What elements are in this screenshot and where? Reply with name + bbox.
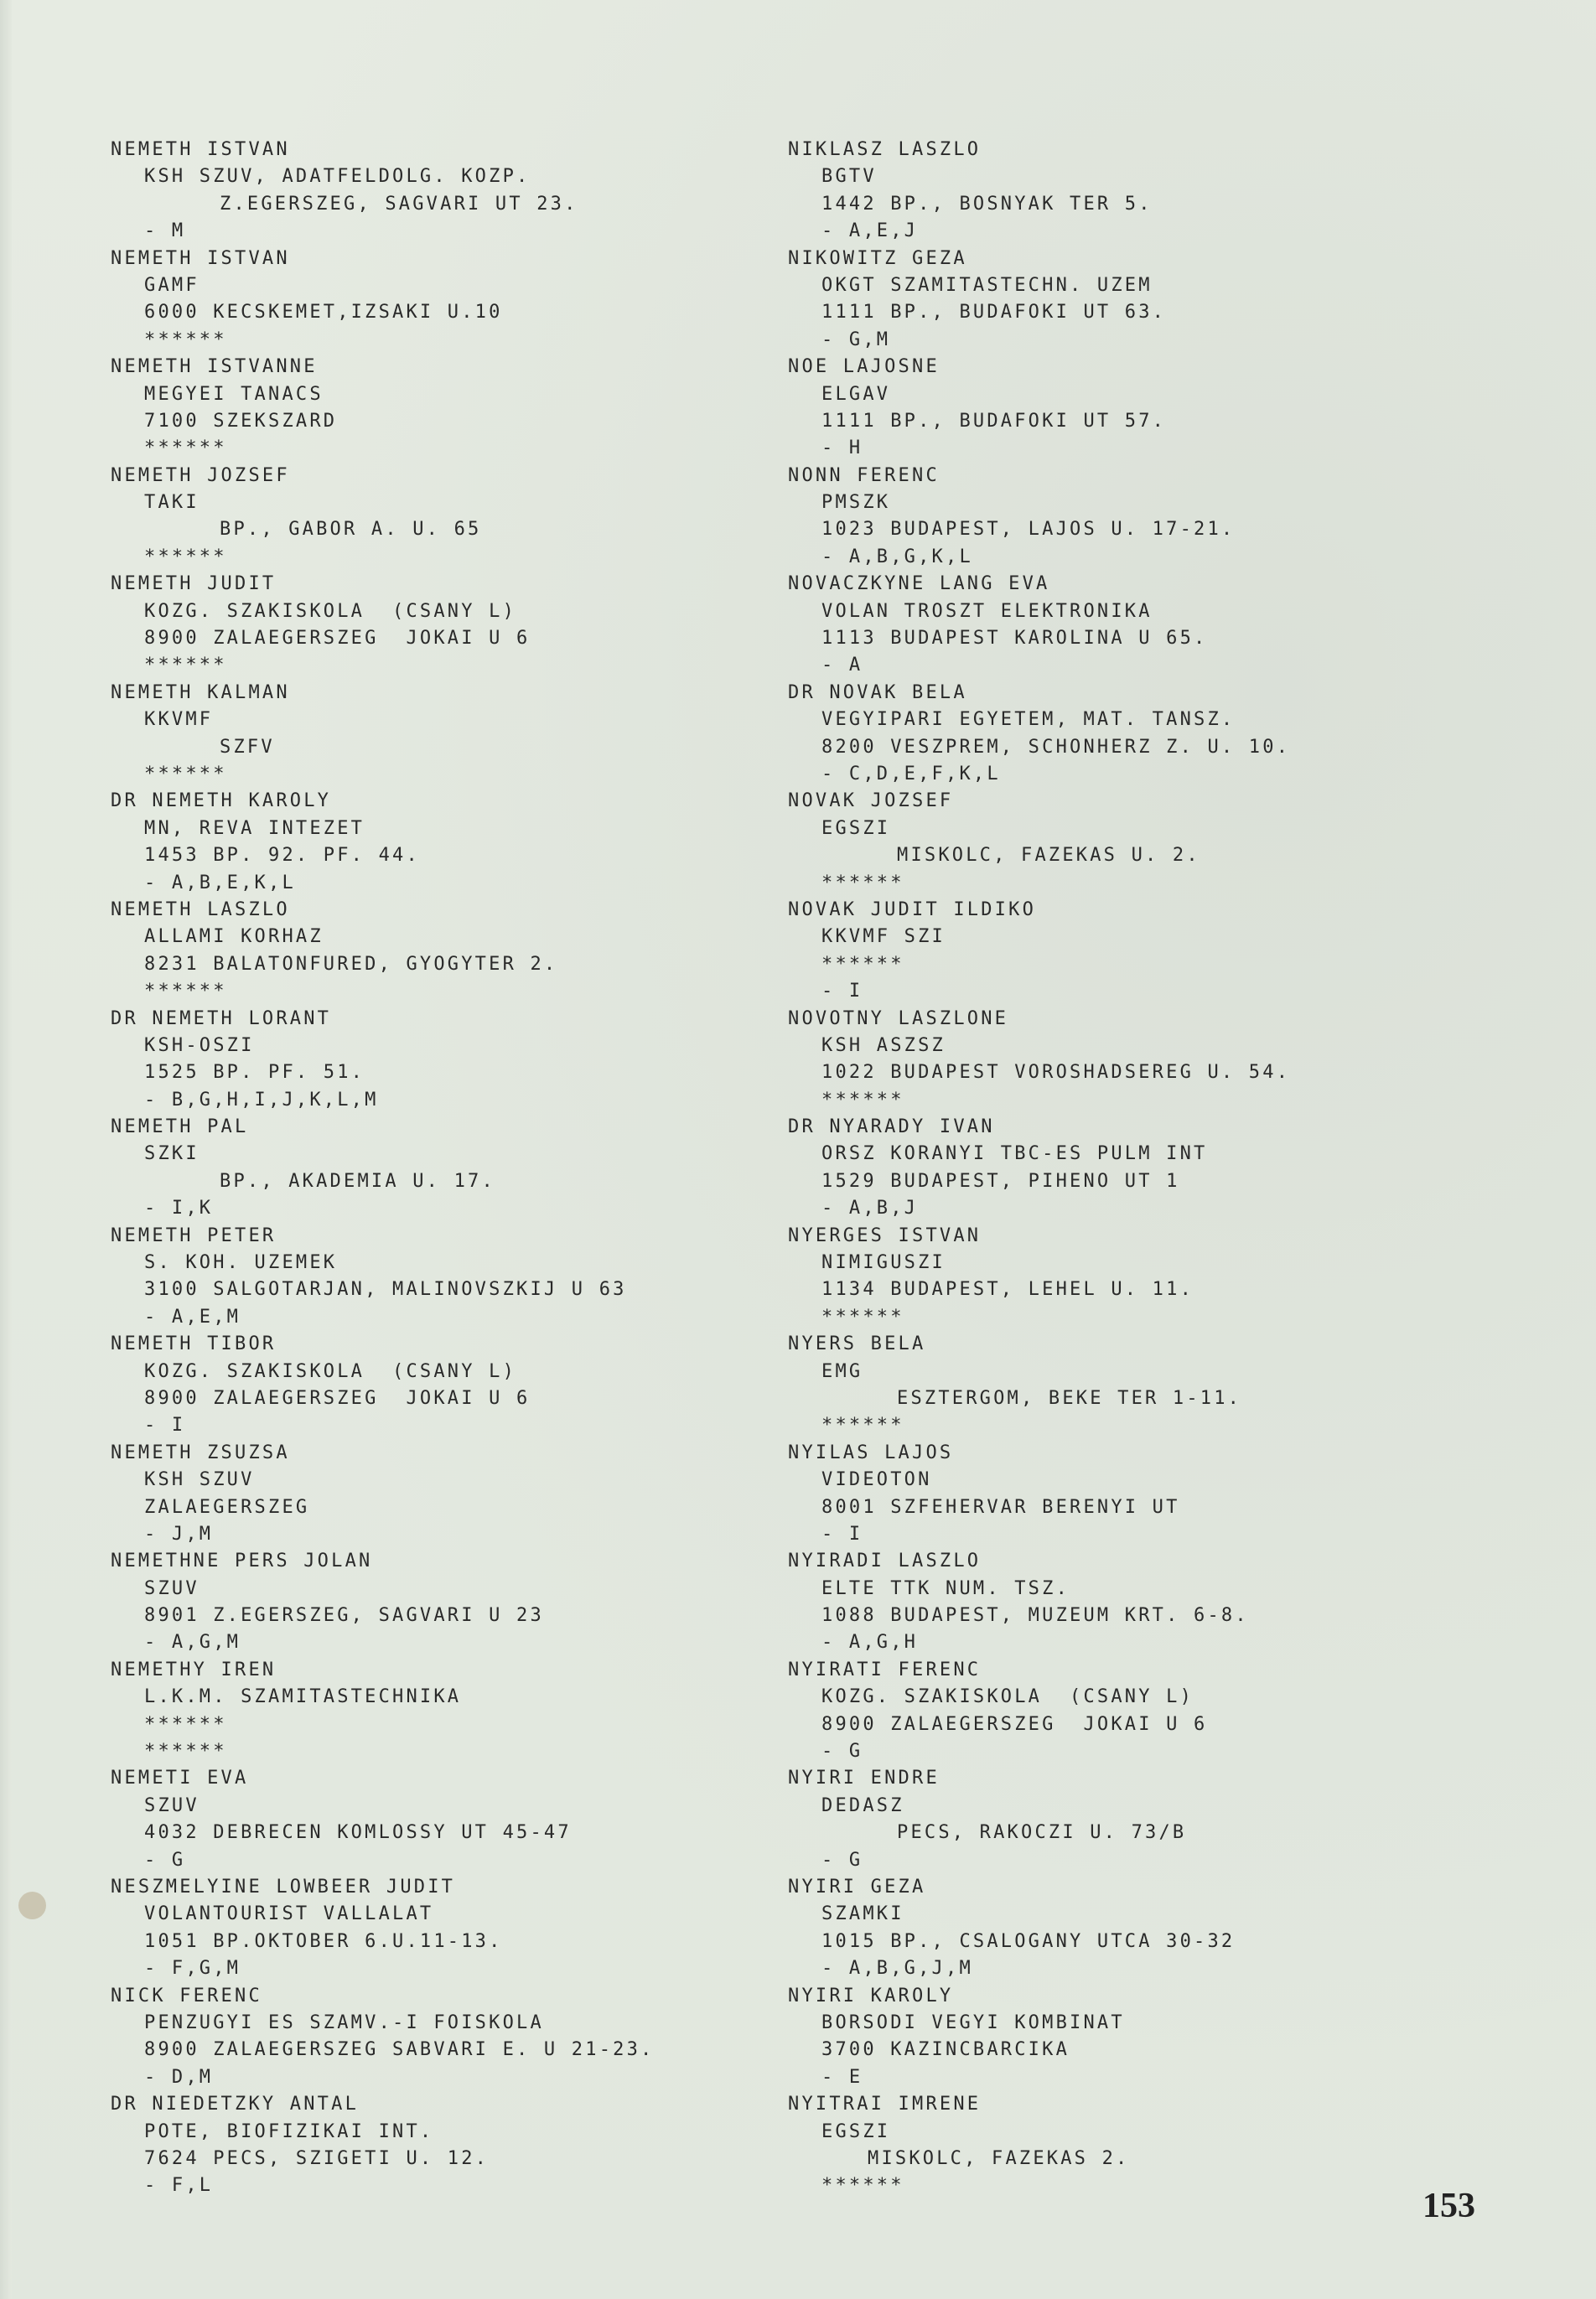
directory-entry: NEMETH LASZLOALLAMI KORHAZ8231 BALATONFU… (111, 897, 654, 1006)
entry-name: NEMETH PAL (111, 1114, 654, 1141)
entry-name: NEMETH KALMAN (111, 680, 654, 707)
entry-detail-line: KKVMF (111, 707, 654, 733)
directory-entry: NEMETH ZSUZSAKSH SZUVZALAEGERSZEG- J,M (111, 1440, 654, 1549)
entry-codes: - A,B,G,K,L (788, 544, 1290, 571)
entry-detail-line: 1111 BP., BUDAFOKI UT 57. (788, 408, 1290, 435)
entry-codes: - B,G,H,I,J,K,L,M (111, 1087, 654, 1114)
entry-name: NICK FERENC (111, 1983, 654, 2010)
entry-detail-line: 8900 ZALAEGERSZEG JOKAI U 6 (111, 625, 654, 652)
directory-entry: NEMETH PALSZKIBP., AKADEMIA U. 17.- I,K (111, 1114, 654, 1223)
entry-separator: ****** (788, 1087, 1290, 1114)
entry-codes: - A (788, 652, 1290, 679)
directory-entry: NEMETHY IRENL.K.M. SZAMITASTECHNIKA*****… (111, 1657, 654, 1766)
directory-entry: NYITRAI IMRENEEGSZIMISKOLC, FAZEKAS 2.**… (788, 2091, 1290, 2200)
entry-detail-line: 1453 BP. 92. PF. 44. (111, 842, 654, 869)
entry-name: DR NYARADY IVAN (788, 1114, 1290, 1141)
entry-codes: - G (788, 1847, 1290, 1874)
directory-entry: DR NIEDETZKY ANTALPOTE, BIOFIZIKAI INT.7… (111, 2091, 654, 2200)
entry-codes: - D,M (111, 2064, 654, 2091)
entry-name: NIKOWITZ GEZA (788, 246, 1290, 272)
entry-codes: - E (788, 2064, 1290, 2091)
entry-name: NEMETHY IREN (111, 1657, 654, 1684)
entry-detail-line: 1442 BP., BOSNYAK TER 5. (788, 191, 1290, 218)
entry-name: NOE LAJOSNE (788, 354, 1290, 381)
entry-name: NEMETH ISTVAN (111, 137, 654, 163)
entry-detail-line: 8901 Z.EGERSZEG, SAGVARI U 23 (111, 1603, 654, 1629)
entry-name: DR NOVAK BELA (788, 680, 1290, 707)
directory-entry: NEMETH ISTVANNEMEGYEI TANACS7100 SZEKSZA… (111, 354, 654, 463)
entry-detail-line: Z.EGERSZEG, SAGVARI UT 23. (111, 191, 654, 218)
entry-detail-line: DEDASZ (788, 1793, 1290, 1820)
entry-detail-line: 3700 KAZINCBARCIKA (788, 2037, 1290, 2063)
entry-name: NOVAK JUDIT ILDIKO (788, 897, 1290, 924)
directory-entry: NYIRI GEZASZAMKI1015 BP., CSALOGANY UTCA… (788, 1874, 1290, 1983)
entry-detail-line: 1111 BP., BUDAFOKI UT 63. (788, 299, 1290, 326)
directory-entry: NICK FERENCPENZUGYI ES SZAMV.-I FOISKOLA… (111, 1983, 654, 2092)
entry-detail-line: 1529 BUDAPEST, PIHENO UT 1 (788, 1168, 1290, 1195)
entry-detail-line: BP., AKADEMIA U. 17. (111, 1168, 654, 1195)
entry-detail-line: ALLAMI KORHAZ (111, 924, 654, 950)
entry-detail-line: 6000 KECSKEMET,IZSAKI U.10 (111, 299, 654, 326)
entry-detail-line: BGTV (788, 163, 1290, 190)
entry-detail-line: 4032 DEBRECEN KOMLOSSY UT 45-47 (111, 1820, 654, 1846)
scanned-page: NEMETH ISTVANKSH SZUV, ADATFELDOLG. KOZP… (0, 0, 1596, 2299)
entry-separator: ****** (788, 2172, 1290, 2199)
entry-detail-line: TAKI (111, 489, 654, 516)
entry-separator: ****** (788, 1412, 1290, 1439)
entry-name: NYIRI GEZA (788, 1874, 1290, 1901)
entry-detail-line: KSH SZUV (111, 1467, 654, 1494)
directory-entry: NOVACZKYNE LANG EVAVOLAN TROSZT ELEKTRON… (788, 571, 1290, 680)
entry-detail-line: 7100 SZEKSZARD (111, 408, 654, 435)
entry-detail-line: KOZG. SZAKISKOLA (CSANY L) (111, 1359, 654, 1385)
directory-entry: NEMETH KALMANKKVMFSZFV****** (111, 680, 654, 789)
entry-detail-line: KOZG. SZAKISKOLA (CSANY L) (788, 1684, 1290, 1711)
directory-entry: NEMETH TIBORKOZG. SZAKISKOLA (CSANY L)89… (111, 1331, 654, 1440)
directory-entry: DR NEMETH LORANTKSH-OSZI1525 BP. PF. 51.… (111, 1006, 654, 1115)
entry-detail-line: VIDEOTON (788, 1467, 1290, 1494)
entry-detail-line: S. KOH. UZEMEK (111, 1250, 654, 1276)
entry-name: NYIRI KAROLY (788, 1983, 1290, 2010)
entry-name: NYIRATI FERENC (788, 1657, 1290, 1684)
entry-codes: - I (788, 978, 1290, 1005)
entry-detail-line: NIMIGUSZI (788, 1250, 1290, 1276)
entry-name: NIKLASZ LASZLO (788, 137, 1290, 163)
entry-name: NEMETH TIBOR (111, 1331, 654, 1358)
entry-codes: - A,B,J (788, 1195, 1290, 1222)
entry-separator: ****** (788, 951, 1290, 978)
entry-codes: - A,B,E,K,L (111, 870, 654, 897)
entry-detail-line: 1525 BP. PF. 51. (111, 1059, 654, 1086)
entry-name: DR NIEDETZKY ANTAL (111, 2091, 654, 2118)
entry-detail-line: 8900 ZALAEGERSZEG JOKAI U 6 (111, 1385, 654, 1412)
entry-codes: - G,M (788, 327, 1290, 354)
entry-codes: - A,G,M (111, 1629, 654, 1656)
directory-entry: NOVAK JUDIT ILDIKOKKVMF SZI******- I (788, 897, 1290, 1006)
entry-detail-line: 1015 BP., CSALOGANY UTCA 30-32 (788, 1929, 1290, 1955)
entry-codes: - C,D,E,F,K,L (788, 761, 1290, 788)
entry-name: NOVAK JOZSEF (788, 788, 1290, 815)
entry-codes: - I (111, 1412, 654, 1439)
entry-detail-line: MN, REVA INTEZET (111, 816, 654, 842)
entry-detail-line: 3100 SALGOTARJAN, MALINOVSZKIJ U 63 (111, 1276, 654, 1303)
entry-codes: - J,M (111, 1521, 654, 1548)
entry-name: NYERGES ISTVAN (788, 1223, 1290, 1250)
entry-detail-line: 1022 BUDAPEST VOROSHADSEREG U. 54. (788, 1059, 1290, 1086)
entry-detail-line: BP., GABOR A. U. 65 (111, 516, 654, 543)
entry-detail-line: SZUV (111, 1793, 654, 1820)
punch-hole-mark (18, 1892, 46, 1919)
entry-separator: ****** (111, 652, 654, 679)
directory-entry: NEMETI EVASZUV4032 DEBRECEN KOMLOSSY UT … (111, 1765, 654, 1874)
directory-entry: NIKOWITZ GEZAOKGT SZAMITASTECHN. UZEM111… (788, 246, 1290, 355)
entry-detail-line: 8200 VESZPREM, SCHONHERZ Z. U. 10. (788, 734, 1290, 761)
entry-separator: ****** (111, 544, 654, 571)
entry-detail-line: 8900 ZALAEGERSZEG JOKAI U 6 (788, 1711, 1290, 1738)
entry-detail-line: KOZG. SZAKISKOLA (CSANY L) (111, 598, 654, 625)
entry-detail-line: 8001 SZFEHERVAR BERENYI UT (788, 1494, 1290, 1521)
entry-detail-line: KSH SZUV, ADATFELDOLG. KOZP. (111, 163, 654, 190)
entry-detail-line: ESZTERGOM, BEKE TER 1-11. (788, 1385, 1290, 1412)
directory-entry: NEMETH JUDITKOZG. SZAKISKOLA (CSANY L)89… (111, 571, 654, 680)
entry-name: NEMETH ISTVAN (111, 246, 654, 272)
entry-name: DR NEMETH KAROLY (111, 788, 654, 815)
entry-name: NEMETH LASZLO (111, 897, 654, 924)
entry-detail-line: EGSZI (788, 816, 1290, 842)
entry-detail-line: 7624 PECS, SZIGETI U. 12. (111, 2146, 654, 2172)
directory-entry: NIKLASZ LASZLOBGTV1442 BP., BOSNYAK TER … (788, 137, 1290, 246)
directory-column-right: NIKLASZ LASZLOBGTV1442 BP., BOSNYAK TER … (788, 137, 1290, 2200)
entry-name: NYITRAI IMRENE (788, 2091, 1290, 2118)
directory-entry: NOVOTNY LASZLONEKSH ASZSZ1022 BUDAPEST V… (788, 1006, 1290, 1115)
entry-codes: - G (111, 1847, 654, 1874)
entry-name: NESZMELYINE LOWBEER JUDIT (111, 1874, 654, 1901)
entry-name: DR NEMETH LORANT (111, 1006, 654, 1033)
entry-detail-line: ELTE TTK NUM. TSZ. (788, 1576, 1290, 1603)
entry-detail-line: KKVMF SZI (788, 924, 1290, 950)
entry-detail-line: SZFV (111, 734, 654, 761)
page-number: 153 (1422, 2186, 1475, 2226)
entry-detail-line: MEGYEI TANACS (111, 381, 654, 408)
entry-codes: - H (788, 435, 1290, 462)
entry-detail-line: KSH ASZSZ (788, 1033, 1290, 1059)
directory-column-left: NEMETH ISTVANKSH SZUV, ADATFELDOLG. KOZP… (111, 137, 654, 2200)
entry-separator: ****** (111, 1738, 654, 1765)
entry-name: NYIRI ENDRE (788, 1765, 1290, 1792)
entry-codes: - M (111, 218, 654, 245)
directory-entry: NOE LAJOSNEELGAV1111 BP., BUDAFOKI UT 57… (788, 354, 1290, 463)
entry-name: NEMETH ZSUZSA (111, 1440, 654, 1467)
entry-name: NOVOTNY LASZLONE (788, 1006, 1290, 1033)
entry-name: NEMETH JOZSEF (111, 463, 654, 489)
entry-detail-line: ZALAEGERSZEG (111, 1494, 654, 1521)
entry-detail-line: PMSZK (788, 489, 1290, 516)
directory-entry: NEMETH ISTVANKSH SZUV, ADATFELDOLG. KOZP… (111, 137, 654, 246)
directory-entry: NEMETH JOZSEFTAKIBP., GABOR A. U. 65****… (111, 463, 654, 572)
directory-entry: NONN FERENCPMSZK1023 BUDAPEST, LAJOS U. … (788, 463, 1290, 572)
entry-detail-line: PECS, RAKOCZI U. 73/B (788, 1820, 1290, 1846)
entry-detail-line: 1051 BP.OKTOBER 6.U.11-13. (111, 1929, 654, 1955)
entry-detail-line: 1134 BUDAPEST, LEHEL U. 11. (788, 1276, 1290, 1303)
entry-detail-line: EMG (788, 1359, 1290, 1385)
entry-detail-line: MISKOLC, FAZEKAS 2. (788, 2146, 1290, 2172)
entry-detail-line: BORSODI VEGYI KOMBINAT (788, 2010, 1290, 2037)
entry-detail-line: VOLAN TROSZT ELEKTRONIKA (788, 598, 1290, 625)
entry-codes: - A,E,M (111, 1304, 654, 1331)
entry-codes: - F,G,M (111, 1955, 654, 1982)
entry-separator: ****** (788, 1304, 1290, 1331)
entry-detail-line: L.K.M. SZAMITASTECHNIKA (111, 1684, 654, 1711)
page-binding-edge (0, 0, 12, 2299)
directory-entry: DR NYARADY IVANORSZ KORANYI TBC-ES PULM … (788, 1114, 1290, 1223)
entry-codes: - F,L (111, 2172, 654, 2199)
entry-name: NYIRADI LASZLO (788, 1548, 1290, 1575)
directory-entry: NYIRADI LASZLOELTE TTK NUM. TSZ.1088 BUD… (788, 1548, 1290, 1657)
entry-detail-line: 1113 BUDAPEST KAROLINA U 65. (788, 625, 1290, 652)
entry-separator: ****** (111, 761, 654, 788)
entry-detail-line: 8900 ZALAEGERSZEG SABVARI E. U 21-23. (111, 2037, 654, 2063)
directory-entry: DR NOVAK BELAVEGYIPARI EGYETEM, MAT. TAN… (788, 680, 1290, 789)
entry-detail-line: OKGT SZAMITASTECHN. UZEM (788, 272, 1290, 299)
entry-detail-line: 8231 BALATONFURED, GYOGYTER 2. (111, 951, 654, 978)
entry-detail-line: SZKI (111, 1141, 654, 1168)
entry-name: NYILAS LAJOS (788, 1440, 1290, 1467)
entry-codes: - A,E,J (788, 218, 1290, 245)
entry-detail-line: VEGYIPARI EGYETEM, MAT. TANSZ. (788, 707, 1290, 733)
directory-entry: NEMETH ISTVANGAMF6000 KECSKEMET,IZSAKI U… (111, 246, 654, 355)
entry-name: NEMETH JUDIT (111, 571, 654, 598)
entry-separator: ****** (111, 1711, 654, 1738)
entry-detail-line: ELGAV (788, 381, 1290, 408)
directory-entry: NYIRI KAROLYBORSODI VEGYI KOMBINAT3700 K… (788, 1983, 1290, 2092)
entry-codes: - A,G,H (788, 1629, 1290, 1656)
entry-detail-line: SZAMKI (788, 1901, 1290, 1928)
directory-entry: NYERGES ISTVANNIMIGUSZI1134 BUDAPEST, LE… (788, 1223, 1290, 1332)
directory-entry: NYERS BELAEMGESZTERGOM, BEKE TER 1-11.**… (788, 1331, 1290, 1440)
entry-name: NEMETH ISTVANNE (111, 354, 654, 381)
directory-entry: NOVAK JOZSEFEGSZIMISKOLC, FAZEKAS U. 2.*… (788, 788, 1290, 897)
entry-detail-line: GAMF (111, 272, 654, 299)
directory-entry: NYIRATI FERENCKOZG. SZAKISKOLA (CSANY L)… (788, 1657, 1290, 1766)
entry-separator: ****** (788, 870, 1290, 897)
entry-detail-line: VOLANTOURIST VALLALAT (111, 1901, 654, 1928)
entry-codes: - A,B,G,J,M (788, 1955, 1290, 1982)
directory-entry: DR NEMETH KAROLYMN, REVA INTEZET1453 BP.… (111, 788, 654, 897)
directory-entry: NEMETH PETERS. KOH. UZEMEK3100 SALGOTARJ… (111, 1223, 654, 1332)
entry-detail-line: MISKOLC, FAZEKAS U. 2. (788, 842, 1290, 869)
entry-separator: ****** (111, 978, 654, 1005)
entry-name: NEMETHNE PERS JOLAN (111, 1548, 654, 1575)
directory-entry: NESZMELYINE LOWBEER JUDITVOLANTOURIST VA… (111, 1874, 654, 1983)
entry-detail-line: EGSZI (788, 2119, 1290, 2146)
entry-detail-line: 1023 BUDAPEST, LAJOS U. 17-21. (788, 516, 1290, 543)
entry-name: NYERS BELA (788, 1331, 1290, 1358)
entry-detail-line: PENZUGYI ES SZAMV.-I FOISKOLA (111, 2010, 654, 2037)
entry-separator: ****** (111, 327, 654, 354)
entry-detail-line: ORSZ KORANYI TBC-ES PULM INT (788, 1141, 1290, 1168)
entry-detail-line: 1088 BUDAPEST, MUZEUM KRT. 6-8. (788, 1603, 1290, 1629)
entry-name: NEMETI EVA (111, 1765, 654, 1792)
entry-name: NEMETH PETER (111, 1223, 654, 1250)
entry-detail-line: KSH-OSZI (111, 1033, 654, 1059)
entry-detail-line: POTE, BIOFIZIKAI INT. (111, 2119, 654, 2146)
entry-name: NONN FERENC (788, 463, 1290, 489)
entry-codes: - G (788, 1738, 1290, 1765)
entry-separator: ****** (111, 435, 654, 462)
entry-detail-line: SZUV (111, 1576, 654, 1603)
entry-name: NOVACZKYNE LANG EVA (788, 571, 1290, 598)
directory-entry: NYIRI ENDREDEDASZPECS, RAKOCZI U. 73/B- … (788, 1765, 1290, 1874)
directory-entry: NYILAS LAJOSVIDEOTON8001 SZFEHERVAR BERE… (788, 1440, 1290, 1549)
entry-codes: - I (788, 1521, 1290, 1548)
entry-codes: - I,K (111, 1195, 654, 1222)
directory-entry: NEMETHNE PERS JOLANSZUV8901 Z.EGERSZEG, … (111, 1548, 654, 1657)
